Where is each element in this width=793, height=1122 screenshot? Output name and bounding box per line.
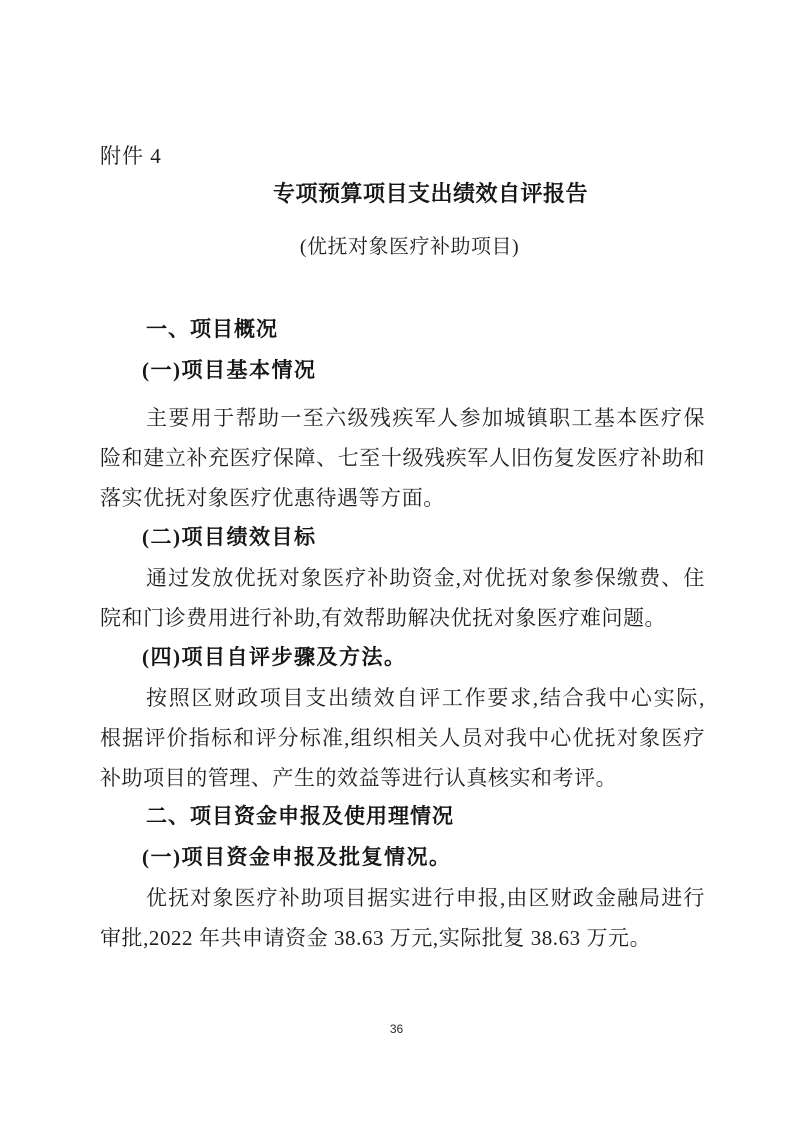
heading-basic-info: (一)项目基本情况 xyxy=(100,350,705,390)
document-page: 附件 4 专项预算项目支出绩效自评报告 (优抚对象医疗补助项目) 一、项目概况 … xyxy=(0,0,793,1122)
text-line: 险和建立补充医疗保障、七至十级残疾军人旧伤复发医疗补助和 xyxy=(100,438,705,478)
page-number: 36 xyxy=(0,1021,793,1037)
attachment-label: 附件 4 xyxy=(100,140,705,172)
paragraph-basic-info: 主要用于帮助一至六级残疾军人参加城镇职工基本医疗保 险和建立补充医疗保障、七至十… xyxy=(100,398,705,518)
text-line: 优抚对象医疗补助项目据实进行申报,由区财政金融局进行 xyxy=(100,878,705,918)
heading-fund-approval: (一)项目资金申报及批复情况。 xyxy=(100,837,705,877)
paragraph-fund-approval: 优抚对象医疗补助项目据实进行申报,由区财政金融局进行 审批,2022 年共申请资… xyxy=(100,878,705,958)
text-line: 主要用于帮助一至六级残疾军人参加城镇职工基本医疗保 xyxy=(100,398,705,438)
heading-performance-target: (二)项目绩效目标 xyxy=(100,517,705,557)
heading-project-overview: 一、项目概况 xyxy=(100,310,705,350)
heading-self-eval-method: (四)项目自评步骤及方法。 xyxy=(100,637,705,677)
text-line: 院和门诊费用进行补助,有效帮助解决优抚对象医疗难问题。 xyxy=(100,598,705,638)
text-line: 审批,2022 年共申请资金 38.63 万元,实际批复 38.63 万元。 xyxy=(100,918,705,958)
text-line: 按照区财政项目支出绩效自评工作要求,结合我中心实际, xyxy=(100,678,705,718)
paragraph-self-eval-method: 按照区财政项目支出绩效自评工作要求,结合我中心实际, 根据评价指标和评分标准,组… xyxy=(100,678,705,798)
paragraph-performance-target: 通过发放优抚对象医疗补助资金,对优抚对象参保缴费、住 院和门诊费用进行补助,有效… xyxy=(100,558,705,638)
text-line: 落实优抚对象医疗优惠待遇等方面。 xyxy=(100,478,705,518)
heading-fund-application: 二、项目资金申报及使用理情况 xyxy=(100,797,705,837)
document-title: 专项预算项目支出绩效自评报告 xyxy=(100,177,705,211)
text-line: 补助项目的管理、产生的效益等进行认真核实和考评。 xyxy=(100,758,705,798)
document-subtitle: (优抚对象医疗补助项目) xyxy=(100,231,705,263)
text-line: 根据评价指标和评分标准,组织相关人员对我中心优抚对象医疗 xyxy=(100,718,705,758)
text-line: 通过发放优抚对象医疗补助资金,对优抚对象参保缴费、住 xyxy=(100,558,705,598)
